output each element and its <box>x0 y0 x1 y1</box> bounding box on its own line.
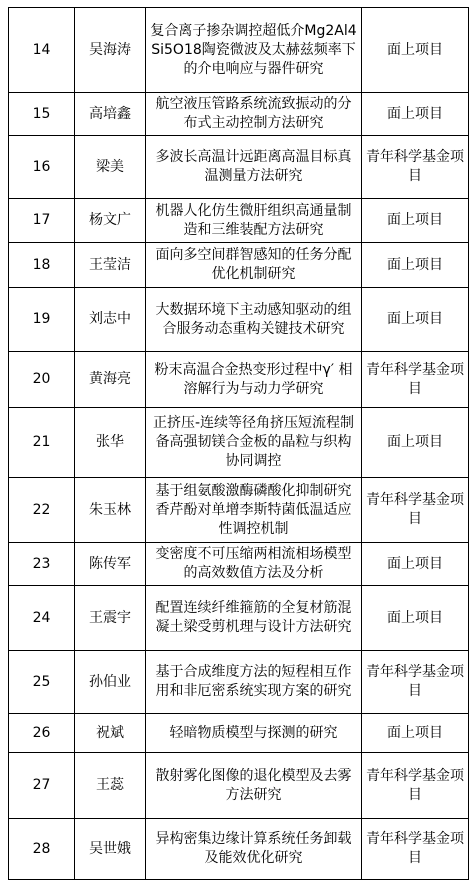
table-row: 15 高培鑫 航空液压管路系统流致振动的分布式主动控制方法研究 面上项目 <box>9 93 469 136</box>
table-row: 16 梁美 多波长高温计远距离高温目标真温测量方法研究 青年科学基金项目 <box>9 136 469 199</box>
row-number-cell: 28 <box>9 819 75 880</box>
applicant-name-cell: 杨文广 <box>75 199 146 243</box>
project-type-cell: 面上项目 <box>362 543 469 586</box>
project-type-cell: 青年科学基金项目 <box>362 819 469 880</box>
row-number-cell: 24 <box>9 586 75 651</box>
applicant-name-cell: 孙伯业 <box>75 651 146 714</box>
project-title-cell: 粉末高温合金热变形过程中γ′ 相溶解行为与动力学研究 <box>146 352 362 408</box>
project-type-cell: 青年科学基金项目 <box>362 651 469 714</box>
project-type-cell: 面上项目 <box>362 243 469 288</box>
project-title-cell: 异构密集边缘计算系统任务卸载及能效优化研究 <box>146 819 362 880</box>
project-title-cell: 正挤压-连续等径角挤压短流程制备高强韧镁合金板的晶粒与织构协同调控 <box>146 408 362 478</box>
applicant-name-cell: 黄海亮 <box>75 352 146 408</box>
funded-projects-table: 14 吴海涛 复合离子掺杂调控超低介Mg2Al4Si5O18陶瓷微波及太赫兹频率… <box>8 7 469 880</box>
project-type-cell: 面上项目 <box>362 199 469 243</box>
table-row: 27 王蕊 散射雾化图像的退化模型及去雾方法研究 青年科学基金项目 <box>9 753 469 819</box>
project-type-cell: 面上项目 <box>362 8 469 93</box>
project-title-cell: 机器人化仿生微肝组织高通量制造和三维装配方法研究 <box>146 199 362 243</box>
applicant-name-cell: 吴世娥 <box>75 819 146 880</box>
table-row: 19 刘志中 大数据环境下主动感知驱动的组合服务动态重构关键技术研究 面上项目 <box>9 288 469 352</box>
table-row: 18 王莹洁 面向多空间群智感知的任务分配优化机制研究 面上项目 <box>9 243 469 288</box>
project-type-cell: 面上项目 <box>362 586 469 651</box>
project-type-cell: 面上项目 <box>362 714 469 753</box>
table-row: 21 张华 正挤压-连续等径角挤压短流程制备高强韧镁合金板的晶粒与织构协同调控 … <box>9 408 469 478</box>
table-row: 22 朱玉林 基于组氨酸激酶磷酸化抑制研究香芹酚对单增李斯特菌低温适应性调控机制… <box>9 478 469 543</box>
applicant-name-cell: 王震宇 <box>75 586 146 651</box>
project-type-cell: 面上项目 <box>362 408 469 478</box>
applicant-name-cell: 吴海涛 <box>75 8 146 93</box>
project-title-cell: 基于组氨酸激酶磷酸化抑制研究香芹酚对单增李斯特菌低温适应性调控机制 <box>146 478 362 543</box>
row-number-cell: 20 <box>9 352 75 408</box>
row-number-cell: 26 <box>9 714 75 753</box>
applicant-name-cell: 朱玉林 <box>75 478 146 543</box>
applicant-name-cell: 王蕊 <box>75 753 146 819</box>
applicant-name-cell: 高培鑫 <box>75 93 146 136</box>
row-number-cell: 22 <box>9 478 75 543</box>
table-row: 20 黄海亮 粉末高温合金热变形过程中γ′ 相溶解行为与动力学研究 青年科学基金… <box>9 352 469 408</box>
project-type-cell: 青年科学基金项目 <box>362 753 469 819</box>
document-page: 14 吴海涛 复合离子掺杂调控超低介Mg2Al4Si5O18陶瓷微波及太赫兹频率… <box>0 0 474 887</box>
applicant-name-cell: 祝斌 <box>75 714 146 753</box>
row-number-cell: 18 <box>9 243 75 288</box>
table-row: 14 吴海涛 复合离子掺杂调控超低介Mg2Al4Si5O18陶瓷微波及太赫兹频率… <box>9 8 469 93</box>
row-number-cell: 27 <box>9 753 75 819</box>
row-number-cell: 17 <box>9 199 75 243</box>
row-number-cell: 21 <box>9 408 75 478</box>
project-type-cell: 面上项目 <box>362 93 469 136</box>
table-row: 23 陈传军 变密度不可压缩两相流相场模型的高效数值方法及分析 面上项目 <box>9 543 469 586</box>
row-number-cell: 15 <box>9 93 75 136</box>
project-title-cell: 复合离子掺杂调控超低介Mg2Al4Si5O18陶瓷微波及太赫兹频率下的介电响应与… <box>146 8 362 93</box>
row-number-cell: 19 <box>9 288 75 352</box>
table-row: 25 孙伯业 基于合成维度方法的短程相互作用和非厄密系统实现方案的研究 青年科学… <box>9 651 469 714</box>
applicant-name-cell: 陈传军 <box>75 543 146 586</box>
project-title-cell: 配置连续纤维箍筋的全复材筋混凝土梁受剪机理与设计方法研究 <box>146 586 362 651</box>
table-row: 28 吴世娥 异构密集边缘计算系统任务卸载及能效优化研究 青年科学基金项目 <box>9 819 469 880</box>
project-title-cell: 大数据环境下主动感知驱动的组合服务动态重构关键技术研究 <box>146 288 362 352</box>
row-number-cell: 16 <box>9 136 75 199</box>
project-title-cell: 变密度不可压缩两相流相场模型的高效数值方法及分析 <box>146 543 362 586</box>
project-title-cell: 基于合成维度方法的短程相互作用和非厄密系统实现方案的研究 <box>146 651 362 714</box>
row-number-cell: 25 <box>9 651 75 714</box>
project-title-cell: 面向多空间群智感知的任务分配优化机制研究 <box>146 243 362 288</box>
applicant-name-cell: 张华 <box>75 408 146 478</box>
project-title-cell: 散射雾化图像的退化模型及去雾方法研究 <box>146 753 362 819</box>
applicant-name-cell: 梁美 <box>75 136 146 199</box>
project-type-cell: 青年科学基金项目 <box>362 352 469 408</box>
projects-table-body: 14 吴海涛 复合离子掺杂调控超低介Mg2Al4Si5O18陶瓷微波及太赫兹频率… <box>9 8 469 880</box>
project-type-cell: 面上项目 <box>362 288 469 352</box>
project-title-cell: 航空液压管路系统流致振动的分布式主动控制方法研究 <box>146 93 362 136</box>
table-row: 24 王震宇 配置连续纤维箍筋的全复材筋混凝土梁受剪机理与设计方法研究 面上项目 <box>9 586 469 651</box>
row-number-cell: 14 <box>9 8 75 93</box>
table-row: 26 祝斌 轻暗物质模型与探测的研究 面上项目 <box>9 714 469 753</box>
project-title-cell: 轻暗物质模型与探测的研究 <box>146 714 362 753</box>
table-row: 17 杨文广 机器人化仿生微肝组织高通量制造和三维装配方法研究 面上项目 <box>9 199 469 243</box>
applicant-name-cell: 王莹洁 <box>75 243 146 288</box>
applicant-name-cell: 刘志中 <box>75 288 146 352</box>
project-type-cell: 青年科学基金项目 <box>362 136 469 199</box>
project-title-cell: 多波长高温计远距离高温目标真温测量方法研究 <box>146 136 362 199</box>
row-number-cell: 23 <box>9 543 75 586</box>
project-type-cell: 青年科学基金项目 <box>362 478 469 543</box>
